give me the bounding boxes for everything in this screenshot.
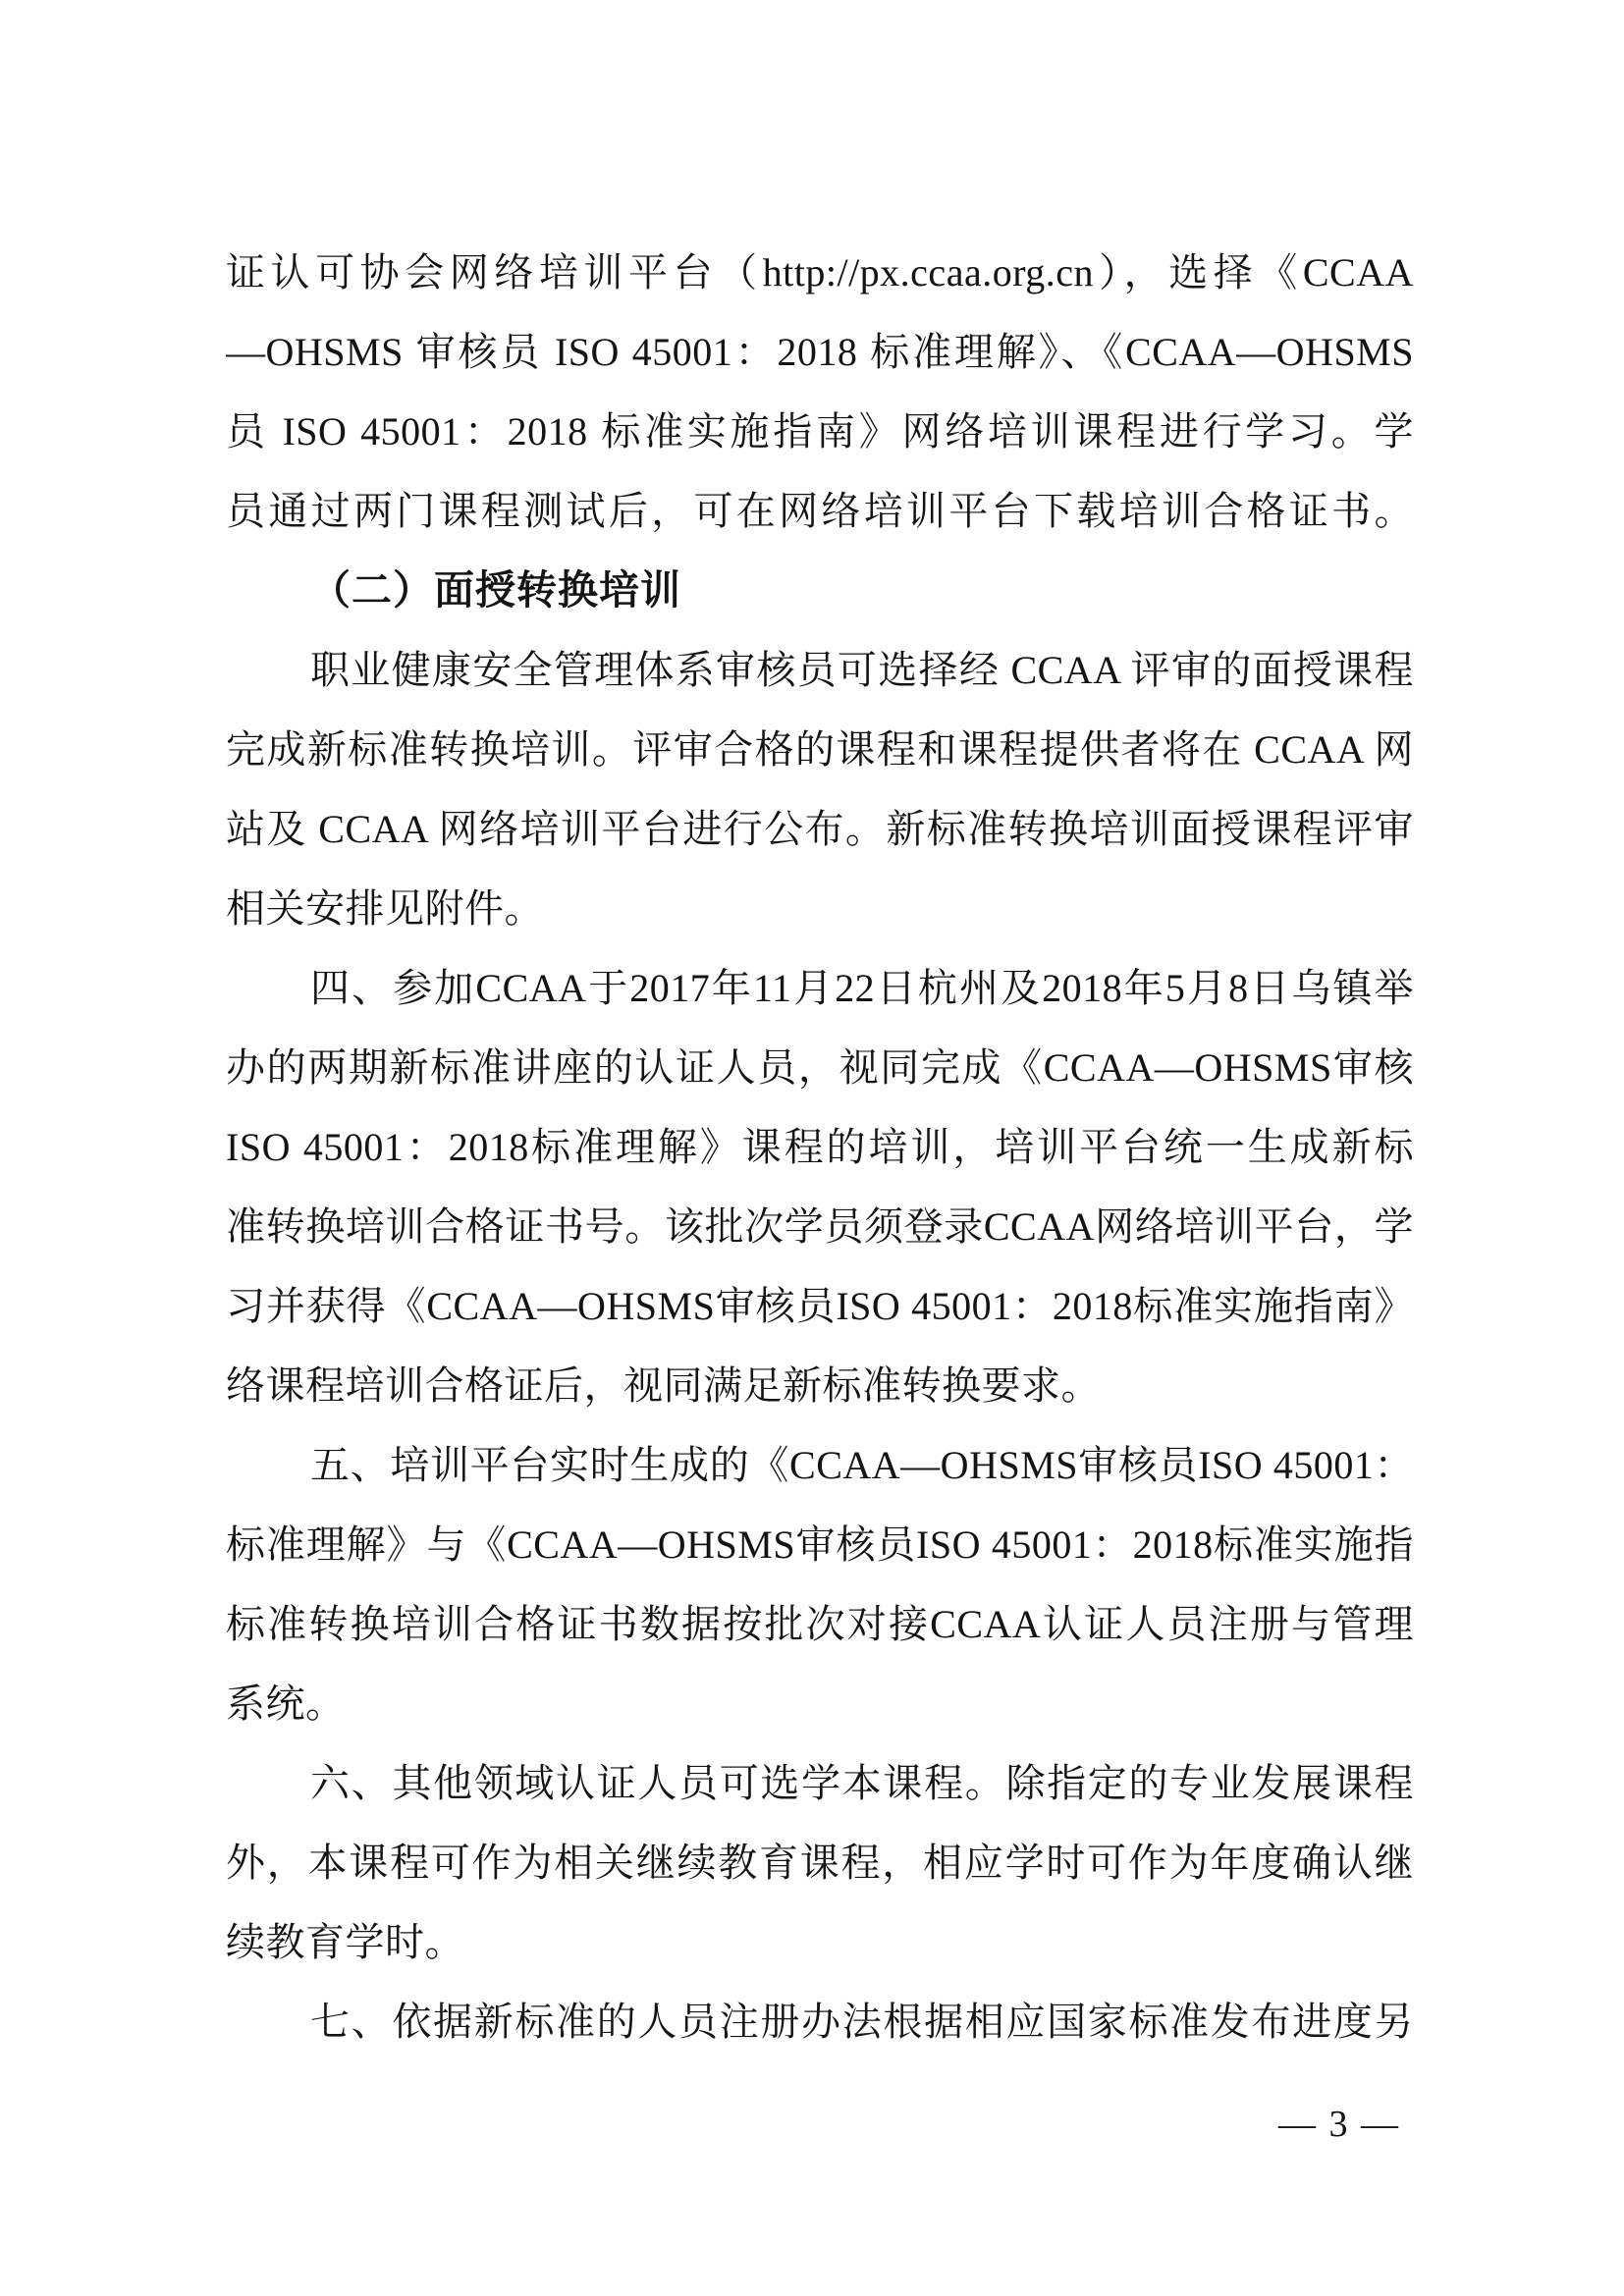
document-page: 证认可协会网络培训平台（http://px.ccaa.org.cn），选择《CC… <box>0 0 1624 2296</box>
text-line: 系统。 <box>226 1664 1414 1743</box>
text-line: 外，本课程可作为相关继续教育课程，相应学时可作为年度确认继 <box>226 1823 1414 1902</box>
text-line: 证认可协会网络培训平台（http://px.ccaa.org.cn），选择《CC… <box>226 233 1414 312</box>
text-line: 标准转换培训合格证书数据按批次对接CCAA认证人员注册与管理 <box>226 1584 1414 1664</box>
text-line: 络课程培训合格证后，视同满足新标准转换要求。 <box>226 1346 1414 1425</box>
text-line: 完成新标准转换培训。评审合格的课程和课程提供者将在 CCAA 网 <box>226 710 1414 789</box>
text-line: 五、培训平台实时生成的《CCAA—OHSMS审核员ISO 45001：2018 <box>226 1425 1414 1505</box>
text-line: 习并获得《CCAA—OHSMS审核员ISO 45001：2018标准实施指南》网 <box>226 1266 1414 1346</box>
text-line: ISO 45001：2018标准理解》课程的培训，培训平台统一生成新标 <box>226 1107 1414 1187</box>
page-number: — 3 — <box>1261 2101 1418 2148</box>
text-line: 站及 CCAA 网络培训平台进行公布。新标准转换培训面授课程评审 <box>226 789 1414 869</box>
text-line: 办的两期新标准讲座的认证人员，视同完成《CCAA—OHSMS审核员 <box>226 1028 1414 1107</box>
text-line: 标准理解》与《CCAA—OHSMS审核员ISO 45001：2018标准实施指南… <box>226 1505 1414 1584</box>
text-line: 六、其他领域认证人员可选学本课程。除指定的专业发展课程 <box>226 1743 1414 1823</box>
document-body: 证认可协会网络培训平台（http://px.ccaa.org.cn），选择《CC… <box>226 233 1414 2061</box>
text-line: 员通过两门课程测试后，可在网络培训平台下载培训合格证书。 <box>226 471 1414 551</box>
text-line: 准转换培训合格证书号。该批次学员须登录CCAA网络培训平台，学 <box>226 1187 1414 1266</box>
text-line: 续教育学时。 <box>226 1902 1414 1982</box>
text-line: —OHSMS 审核员 ISO 45001：2018 标准理解》、《CCAA—OH… <box>226 312 1414 392</box>
text-line: 七、依据新标准的人员注册办法根据相应国家标准发布进度另 <box>226 1982 1414 2061</box>
text-line: 员 ISO 45001：2018 标准实施指南》网络培训课程进行学习。学 <box>226 392 1414 471</box>
section-heading-face-to-face-training: （二）面授转换培训 <box>226 551 1414 630</box>
text-line: 相关安排见附件。 <box>226 869 1414 948</box>
text-line: 职业健康安全管理体系审核员可选择经 CCAA 评审的面授课程 <box>226 630 1414 710</box>
text-line: 四、参加CCAA于2017年11月22日杭州及2018年5月8日乌镇举 <box>226 948 1414 1028</box>
